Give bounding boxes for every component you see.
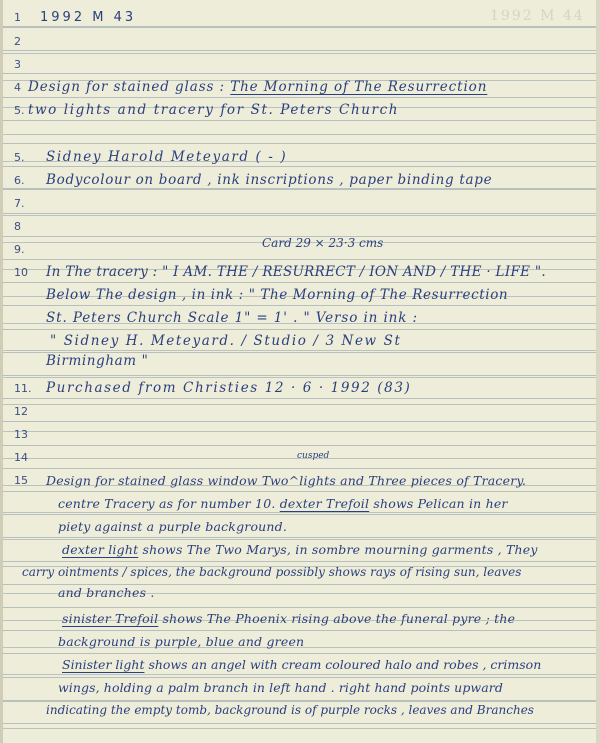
line-number: 12 [14, 400, 28, 423]
provenance: Purchased from Christies 12 · 6 · 1992 (… [46, 377, 411, 400]
line-number: 7. [14, 192, 25, 215]
text: shows The Phoenix rising above the funer… [158, 611, 515, 626]
line-number: 5. [14, 99, 25, 122]
scale-inscription: St. Peters Church Scale 1" = 1' . " Vers… [46, 307, 418, 330]
verso-inscription-cont: Birmingham " [46, 350, 148, 373]
medium: Bodycolour on board , ink inscriptions ,… [46, 169, 492, 192]
title-prefix: Design for stained glass : [28, 79, 230, 95]
text: shows an angel with cream coloured halo … [144, 657, 541, 672]
line-number: 9. [14, 238, 25, 261]
ledger-page: 1992 M 44 1 1992 M 43 2 3 4 Design for s… [0, 0, 600, 743]
description-line: background is purple, blue and green [58, 630, 304, 653]
design-inscription: Below The design , in ink : " The Mornin… [46, 284, 508, 307]
entry-line-14: 14 cusped [0, 446, 600, 469]
line-number: 10 [14, 261, 28, 284]
line-number: 2 [14, 30, 21, 53]
artist-name: Sidney Harold Meteyard ( - ) [46, 146, 287, 169]
text: centre Tracery as for number 10. [58, 496, 280, 511]
entry-line-1: 1 1992 M 43 [0, 6, 600, 29]
entry-line-10c: St. Peters Church Scale 1" = 1' . " Vers… [0, 307, 600, 330]
line-number: 11. [14, 377, 32, 400]
entry-line-15k: indicating the empty tomb, background is… [0, 699, 600, 722]
entry-line-9: 9. Card 29 × 23·3 cms [0, 238, 600, 261]
entry-line-12: 12 [0, 400, 600, 423]
dimensions: Card 29 × 23·3 cms [262, 232, 383, 255]
line-number: 13 [14, 423, 28, 446]
entry-line-15j: wings, holding a palm branch in left han… [0, 676, 600, 699]
entry-line-15: 15 Design for stained glass window Two^l… [0, 469, 600, 492]
entry-line-15f: and branches . [0, 581, 600, 604]
ruled-line [0, 723, 600, 724]
entry-line-10b: Below The design , in ink : " The Mornin… [0, 284, 600, 307]
description-line: centre Tracery as for number 10. dexter … [58, 492, 508, 515]
entry-line-11: 11. Purchased from Christies 12 · 6 · 19… [0, 377, 600, 400]
description-line: sinister Trefoil shows The Phoenix risin… [62, 607, 515, 630]
line-number: 8 [14, 215, 21, 238]
tracery-inscription: In The tracery : " I AM. THE / RESURRECT… [46, 261, 546, 284]
ruled-line [0, 375, 600, 376]
entry-line-15i: Sinister light shows an angel with cream… [0, 653, 600, 676]
accession-number: 1992 M 43 [40, 6, 136, 29]
line-number: 1 [14, 6, 21, 29]
entry-line-15g: sinister Trefoil shows The Phoenix risin… [0, 607, 600, 630]
entry-line-3: 3 [0, 53, 600, 76]
ruled-line [0, 143, 600, 144]
description-line: Design for stained glass window Two^ligh… [46, 469, 526, 492]
entry-line-10: 10 In The tracery : " I AM. THE / RESURR… [0, 261, 600, 284]
underlined-term: dexter Trefoil [280, 496, 369, 511]
entry-line-15b: centre Tracery as for number 10. dexter … [0, 492, 600, 515]
description-line: and branches . [58, 581, 155, 604]
entry-line-5b: 5. Sidney Harold Meteyard ( - ) [0, 146, 600, 169]
description-line: wings, holding a palm branch in left han… [58, 676, 503, 699]
line-number: 14 [14, 446, 28, 469]
entry-line-6: 6. Bodycolour on board , ink inscription… [0, 169, 600, 192]
text: shows The Two Marys, in sombre mourning … [138, 542, 537, 557]
title-line: Design for stained glass : The Morning o… [28, 76, 487, 99]
line-number: 4 [14, 76, 21, 99]
line-number: 6. [14, 169, 25, 192]
entry-line-15h: background is purple, blue and green [0, 630, 600, 653]
underlined-term: Sinister light [62, 657, 144, 672]
description-line: Sinister light shows an angel with cream… [62, 653, 541, 676]
entry-line-15c: piety against a purple background. [0, 515, 600, 538]
line-number: 5. [14, 146, 25, 169]
underlined-term: sinister Trefoil [62, 611, 158, 626]
entry-line-13: 13 [0, 423, 600, 446]
line-number: 3 [14, 53, 21, 76]
text: shows Pelican in her [369, 496, 507, 511]
inserted-word: cusped [297, 445, 329, 468]
artwork-title: The Morning of The Resurrection [230, 79, 487, 95]
entry-line-10e: Birmingham " [0, 350, 600, 373]
description-line: piety against a purple background. [58, 515, 287, 538]
description-line: dexter light shows The Two Marys, in som… [62, 538, 538, 561]
line-number: 15 [14, 469, 28, 492]
entry-line-7: 7. [0, 192, 600, 215]
entry-line-5a: 5. two lights and tracery for St. Peters… [0, 99, 600, 122]
entry-line-2: 2 [0, 30, 600, 53]
title-continuation: two lights and tracery for St. Peters Ch… [28, 99, 399, 122]
entry-line-4: 4 Design for stained glass : The Morning… [0, 76, 600, 99]
underlined-term: dexter light [62, 542, 138, 557]
description-line: indicating the empty tomb, background is… [46, 699, 534, 722]
entry-line-15d: dexter light shows The Two Marys, in som… [0, 538, 600, 561]
